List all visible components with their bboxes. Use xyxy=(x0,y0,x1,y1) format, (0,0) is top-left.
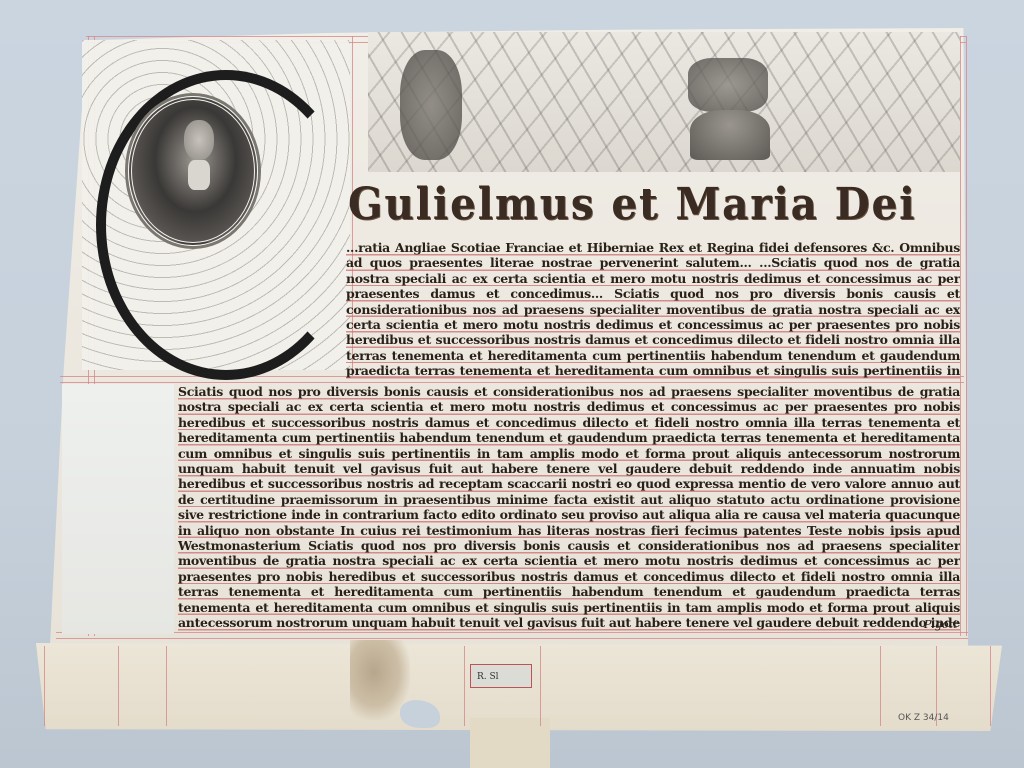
document-title-heading: Gulielmus et Maria Dei xyxy=(348,176,911,234)
seal-tag-strip xyxy=(470,718,550,768)
rule-right-2 xyxy=(966,36,967,636)
crown-icon xyxy=(690,110,770,160)
seal-label-slip: R. Sl xyxy=(470,664,532,688)
clerk-signature: Pigott xyxy=(924,618,957,631)
body-text-paragraph: Sciatis quod nos pro diversis bonis caus… xyxy=(178,384,960,553)
body-text-main: Sciatis quod nos pro diversis bonis caus… xyxy=(178,384,960,632)
fold-rule xyxy=(990,646,991,726)
fold-rule xyxy=(166,646,167,726)
lion-statant-icon xyxy=(688,58,768,112)
archive-reference-number: OK Z 34/14 xyxy=(898,713,949,723)
body-text-upper: ...ratia Angliae Scotiae Franciae et Hib… xyxy=(346,240,960,380)
fold-rule xyxy=(540,646,541,726)
rule-mid-2 xyxy=(60,382,964,383)
portrait-face xyxy=(184,120,214,160)
fold-rule xyxy=(44,646,45,726)
portrait-lace-collar xyxy=(188,160,210,190)
fold-rule xyxy=(118,646,119,726)
fold-rule xyxy=(880,646,881,726)
fold-rule xyxy=(464,646,465,726)
rule-bottom-2 xyxy=(56,638,968,639)
blank-margin-panel xyxy=(62,384,174,634)
rule-bottom xyxy=(56,632,968,633)
lion-rampant-icon xyxy=(400,50,462,160)
rule-right xyxy=(960,36,961,636)
